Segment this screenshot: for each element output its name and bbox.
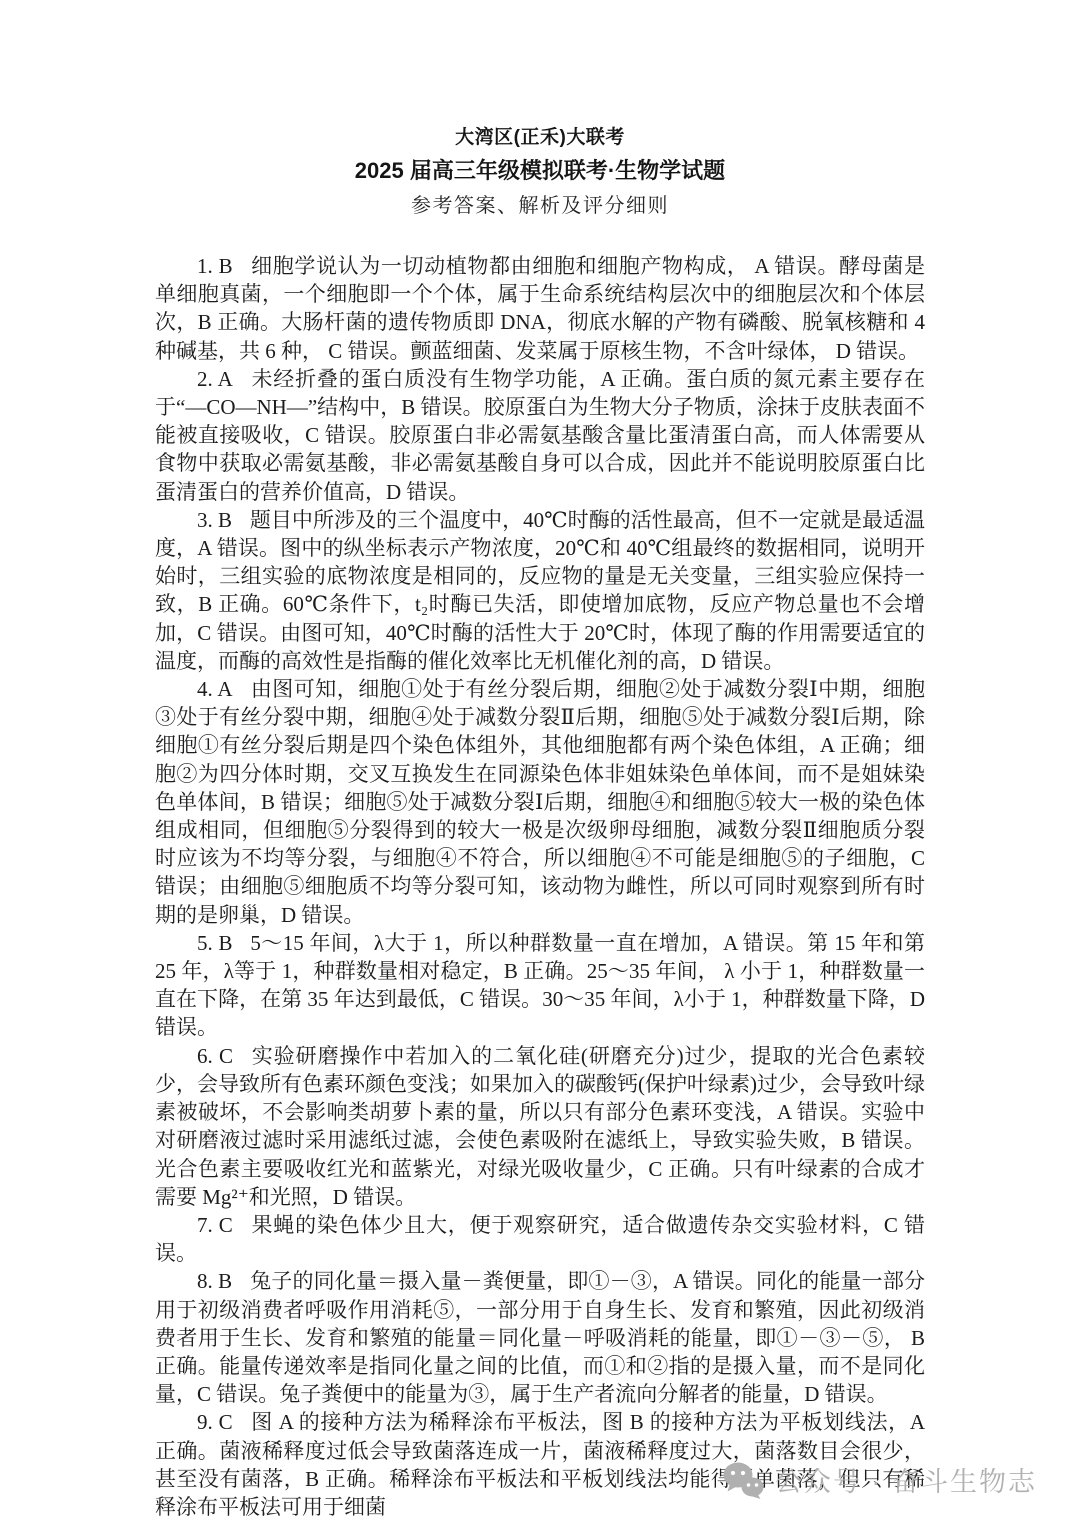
answer-item-6: 6. C实验研磨操作中若加入的二氧化硅(研磨充分)过少，提取的光合色素较少，会导… bbox=[155, 1042, 925, 1211]
answer-text-6: 实验研磨操作中若加入的二氧化硅(研磨充分)过少，提取的光合色素较少，会导致所有色… bbox=[155, 1044, 925, 1209]
answer-item-7: 7. C果蝇的染色体少且大，便于观察研究，适合做遗传杂交实验材料，C 错误。 bbox=[155, 1211, 925, 1267]
answer-item-8: 8. B兔子的同化量＝摄入量－粪便量，即①－③，A 错误。同化的能量一部分用于初… bbox=[155, 1267, 925, 1408]
answer-text-3: 题目中所涉及的三个温度中，40℃时酶的活性最高，但不一定就是最适温度，A 错误。… bbox=[155, 508, 925, 673]
answer-label-4: 4. A bbox=[197, 677, 233, 701]
answer-label-2: 2. A bbox=[197, 367, 233, 391]
answer-label-9: 9. C bbox=[197, 1410, 233, 1434]
answer-text-7: 果蝇的染色体少且大，便于观察研究，适合做遗传杂交实验材料，C 错误。 bbox=[155, 1213, 925, 1265]
answer-key-subtitle: 参考答案、解析及评分细则 bbox=[0, 189, 1080, 223]
answer-label-7: 7. C bbox=[197, 1213, 233, 1237]
exam-title: 2025 届高三年级模拟联考·生物学试题 bbox=[0, 153, 1080, 189]
answer-item-1: 1. B细胞学说认为一切动植物都由细胞和细胞产物构成， A 错误。酵母菌是单细胞… bbox=[155, 252, 925, 365]
answer-label-1: 1. B bbox=[197, 254, 233, 278]
answer-item-4: 4. A由图可知，细胞①处于有丝分裂后期，细胞②处于减数分裂Ⅰ中期，细胞③处于有… bbox=[155, 675, 925, 929]
document-page: 大湾区(正禾)大联考 2025 届高三年级模拟联考·生物学试题 参考答案、解析及… bbox=[0, 0, 1080, 1527]
answer-item-3: 3. B题目中所涉及的三个温度中，40℃时酶的活性最高，但不一定就是最适温度，A… bbox=[155, 506, 925, 675]
answer-text-5: 5～15 年间，λ大于 1，所以种群数量一直在增加，A 错误。第 15 年和第 … bbox=[155, 931, 925, 1040]
answer-label-3: 3. B bbox=[197, 508, 232, 532]
answer-label-6: 6. C bbox=[197, 1044, 233, 1068]
answer-item-5: 5. B5～15 年间，λ大于 1，所以种群数量一直在增加，A 错误。第 15 … bbox=[155, 929, 925, 1042]
answer-text-4: 由图可知，细胞①处于有丝分裂后期，细胞②处于减数分裂Ⅰ中期，细胞③处于有丝分裂中… bbox=[155, 677, 925, 927]
answer-explanations: 1. B细胞学说认为一切动植物都由细胞和细胞产物构成， A 错误。酵母菌是单细胞… bbox=[155, 252, 925, 1521]
watermark-label: 公众号 · 奋斗生物志 bbox=[775, 1460, 1037, 1499]
answer-text-8: 兔子的同化量＝摄入量－粪便量，即①－③，A 错误。同化的能量一部分用于初级消费者… bbox=[155, 1269, 925, 1406]
wechat-icon bbox=[722, 1461, 764, 1499]
watermark: 公众号 · 奋斗生物志 bbox=[722, 1460, 1037, 1499]
document-header: 大湾区(正禾)大联考 2025 届高三年级模拟联考·生物学试题 参考答案、解析及… bbox=[0, 0, 1080, 223]
answer-label-8: 8. B bbox=[197, 1269, 232, 1293]
exam-organizer-title: 大湾区(正禾)大联考 bbox=[0, 123, 1080, 153]
answer-label-5: 5. B bbox=[197, 931, 232, 955]
answer-item-2: 2. A未经折叠的蛋白质没有生物学功能，A 正确。蛋白质的氮元素主要存在于“—C… bbox=[155, 365, 925, 506]
answer-text-1: 细胞学说认为一切动植物都由细胞和细胞产物构成， A 错误。酵母菌是单细胞真菌，一… bbox=[155, 254, 925, 363]
answer-text-2: 未经折叠的蛋白质没有生物学功能，A 正确。蛋白质的氮元素主要存在于“—CO—NH… bbox=[155, 367, 925, 504]
